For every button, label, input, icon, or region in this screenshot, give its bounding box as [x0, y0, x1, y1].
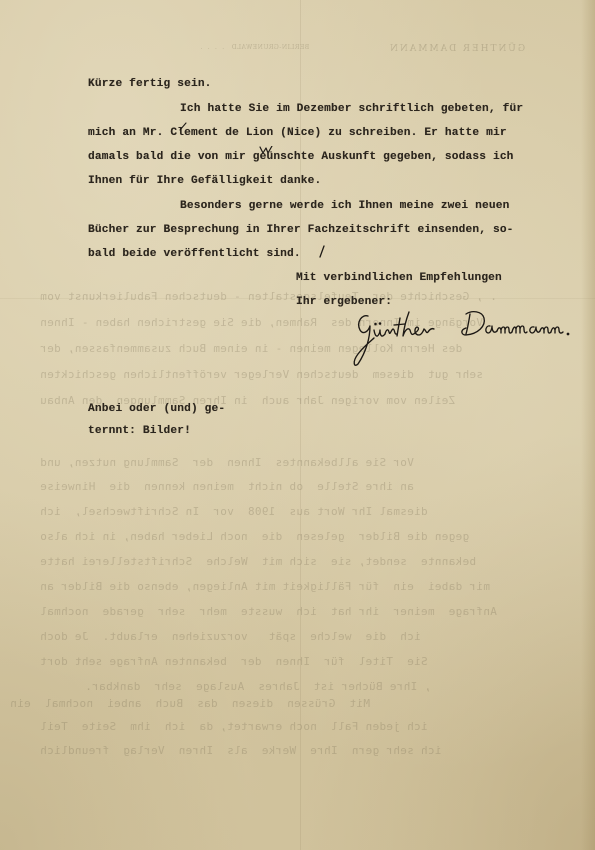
bleed-through-line: ich sehr gern Ihre Werke als Ihren Verla…	[40, 744, 442, 757]
letter-line: Ihnen für Ihre Gefälligkeit danke.	[88, 176, 321, 187]
letterhead-bleed-through: GÜNTHER DAMMANN	[388, 44, 525, 54]
postscript-line: ternnt: Bilder!	[88, 426, 191, 437]
bleed-through-line: . , Geschichte der Teufelsgestalten - de…	[40, 290, 497, 303]
letter-line-paragraph-start: Ich hatte Sie im Dezember schriftlich ge…	[180, 104, 523, 115]
inserted-w-correction-mark	[259, 146, 273, 156]
letter-line: Bücher zur Besprechung in Ihrer Fachzeit…	[88, 225, 514, 236]
letter-line: bald beide veröffentlicht sind.	[88, 249, 301, 260]
letter-line: Kürze fertig sein.	[88, 79, 212, 90]
closing-ergebener: Ihr ergebener:	[296, 297, 392, 308]
bleed-through-line: ich die welche spät vorzuziehen erlaubt.…	[40, 630, 421, 643]
bleed-through-line: , Ihre Bücher ist Jahres Auslage sehr da…	[85, 680, 431, 693]
handwritten-signature: Günther Damman	[348, 308, 588, 370]
postscript-line: Anbei oder (und) ge-	[88, 404, 225, 415]
letter-line: damals bald die von mir geünschte Auskun…	[88, 152, 514, 163]
letter-line: mich an Mr. Clement de Lion (Nice) zu sc…	[88, 128, 507, 139]
bleed-through-line: bekannte sendet, sie sich mit Welche Sch…	[40, 555, 476, 568]
letterhead-bleed-through-small: BERLIN-GRUNEWALD . . . .	[200, 44, 309, 51]
bleed-through-line: an ihre Stelle ob nicht meinen kennen di…	[40, 480, 414, 493]
bleed-through-line: Vor Sie allbekanntes Ihnen der Sammlung …	[40, 456, 414, 469]
accent-correction-mark	[178, 122, 188, 132]
paper-edge-shadow	[581, 0, 595, 850]
bleed-through-line: Mit Grüssen diesen das Buch anbei nochma…	[10, 697, 384, 710]
letter-page: GÜNTHER DAMMANN BERLIN-GRUNEWALD . . . .…	[0, 0, 595, 850]
bleed-through-line: Anfrage meiner ihr hat ich wusste mehr s…	[40, 605, 497, 618]
bleed-through-line: diesmal Ihr Wort aus 1908 vor In Schrift…	[40, 505, 428, 518]
bleed-through-line: Sie Titel für Ihnen der bekannten Anfrag…	[40, 655, 428, 668]
bleed-through-line: mir dabei ein für Fälligkeit mit Anliege…	[40, 580, 490, 593]
bleed-through-line: gegen die Bilder gelesen die noch Lieber…	[40, 530, 469, 543]
exclamation-correction-mark	[318, 245, 326, 259]
closing-salutation: Mit verbindlichen Empfehlungen	[296, 273, 502, 284]
bleed-through-line: ich jeden Fall noch erwartet, da ich ihm…	[40, 720, 428, 733]
letter-line-paragraph-start: Besonders gerne werde ich Ihnen meine zw…	[180, 201, 509, 212]
